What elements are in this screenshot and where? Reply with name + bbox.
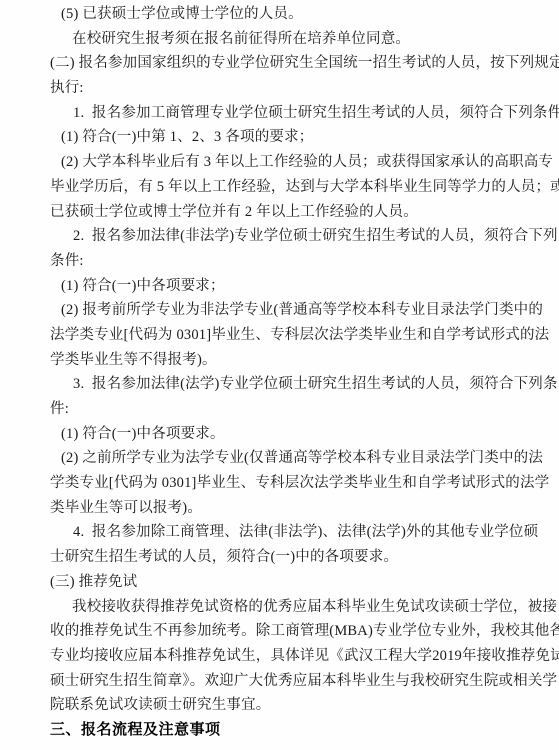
document-page: (5) 已获硕士学位或博士学位的人员。在校研究生报考须在报名前征得所在培养单位同… — [0, 0, 559, 750]
document-line: (5) 已获硕士学位或博士学位的人员。 — [50, 2, 535, 27]
document-line: 专业均接收应届本科推荐免试生，具体详见《武汉工程大学2019年接收推荐免试 — [50, 644, 535, 669]
document-line: 学类毕业生等不得报考)。 — [50, 348, 535, 373]
document-line: (1) 符合(一)中各项要求。 — [50, 422, 535, 447]
document-line: 院联系免试攻读硕士研究生事宜。 — [50, 693, 535, 718]
document-line: 3. 报名参加法律(法学)专业学位硕士研究生招生考试的人员，须符合下列条 — [50, 372, 535, 397]
section-heading: 三、报名流程及注意事项 — [50, 718, 535, 743]
document-line: (2) 报考前所学专业为非法学专业(普通高等学校本科专业目录法学门类中的 — [50, 298, 535, 323]
document-line: 1. 报名参加工商管理专业学位硕士研究生招生考试的人员，须符合下列条件: — [50, 101, 535, 126]
document-line: 已获硕士学位或博士学位并有 2 年以上工作经验的人员。 — [50, 200, 535, 225]
document-line: (二) 报名参加国家组织的专业学位研究生全国统一招生考试的人员，按下列规定 — [50, 51, 535, 76]
document-line: 2. 报名参加法律(非法学)专业学位硕士研究生招生考试的人员，须符合下列 — [50, 224, 535, 249]
document-line: 件: — [50, 397, 535, 422]
document-line: (三) 推荐免试 — [50, 570, 535, 595]
document-line: 我校接收获得推荐免试资格的优秀应届本科毕业生免试攻读硕士学位，被接 — [50, 595, 535, 620]
document-line: 条件: — [50, 249, 535, 274]
document-body: (5) 已获硕士学位或博士学位的人员。在校研究生报考须在报名前征得所在培养单位同… — [50, 2, 535, 743]
document-line: 士研究生招生考试的人员，须符合(一)中的各项要求。 — [50, 545, 535, 570]
document-line: 毕业学历后，有 5 年以上工作经验，达到与大学本科毕业生同等学力的人员；或 — [50, 175, 535, 200]
document-line: 法学类专业[代码为 0301]毕业生、专科层次法学类毕业生和自学考试形式的法 — [50, 323, 535, 348]
document-line: 学类专业[代码为 0301]毕业生、专科层次法学类毕业生和自学考试形式的法学 — [50, 471, 535, 496]
document-line: (1) 符合(一)中各项要求； — [50, 274, 535, 299]
document-line: 类毕业生等可以报考)。 — [50, 496, 535, 521]
document-line: 在校研究生报考须在报名前征得所在培养单位同意。 — [50, 27, 535, 52]
document-line: 收的推荐免试生不再参加统考。除工商管理(MBA)专业学位专业外，我校其他各 — [50, 619, 535, 644]
document-line: 4. 报名参加除工商管理、法律(非法学)、法律(法学)外的其他专业学位硕 — [50, 520, 535, 545]
document-line: (1) 符合(一)中第 1、2、3 各项的要求； — [50, 125, 535, 150]
document-line: 执行: — [50, 76, 535, 101]
document-line: 硕士研究生招生简章》。欢迎广大优秀应届本科毕业生与我校研究生院或相关学 — [50, 669, 535, 694]
document-line: (2) 大学本科毕业后有 3 年以上工作经验的人员；或获得国家承认的高职高专 — [50, 150, 535, 175]
document-line: (2) 之前所学专业为法学专业(仅普通高等学校本科专业目录法学门类中的法 — [50, 446, 535, 471]
